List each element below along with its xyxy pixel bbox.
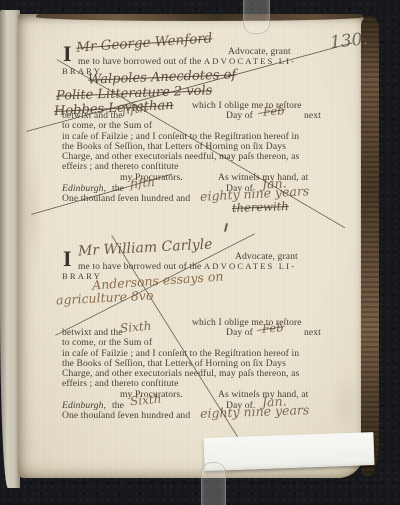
transparent-strap-top [243, 0, 270, 34]
printed-to-come: to come, or the Sum of [62, 120, 152, 131]
signed-day: Sixth [129, 392, 161, 409]
printed-year-prefix: One thouſand ſeven hundred and [62, 410, 190, 421]
book-photo: 130. I Mr George Wenford Advocate, grant… [0, 0, 400, 505]
printed-next: next [304, 327, 321, 338]
page-number: 130. [329, 29, 369, 53]
printed-failzie-4: effeirs ; and thereto conſtitute [62, 161, 179, 172]
struck-note: therewith [232, 199, 289, 215]
printed-day-of: Day of [226, 327, 253, 338]
printed-day-of: Day of [226, 110, 253, 121]
drop-cap-initial: I [63, 43, 72, 65]
transparent-strap-bottom [201, 462, 226, 505]
page-block-fore-edge [361, 16, 379, 476]
inserted-paper-slip [203, 432, 374, 471]
printed-failzie-4: effeirs ; and thereto conſtitute [62, 378, 179, 389]
previous-page-edge [0, 10, 20, 488]
return-day: Sixth [119, 319, 151, 336]
printed-to-come: to come, or the Sum of [62, 337, 152, 348]
printed-next: next [304, 110, 321, 121]
drop-cap-initial: I [63, 248, 72, 270]
